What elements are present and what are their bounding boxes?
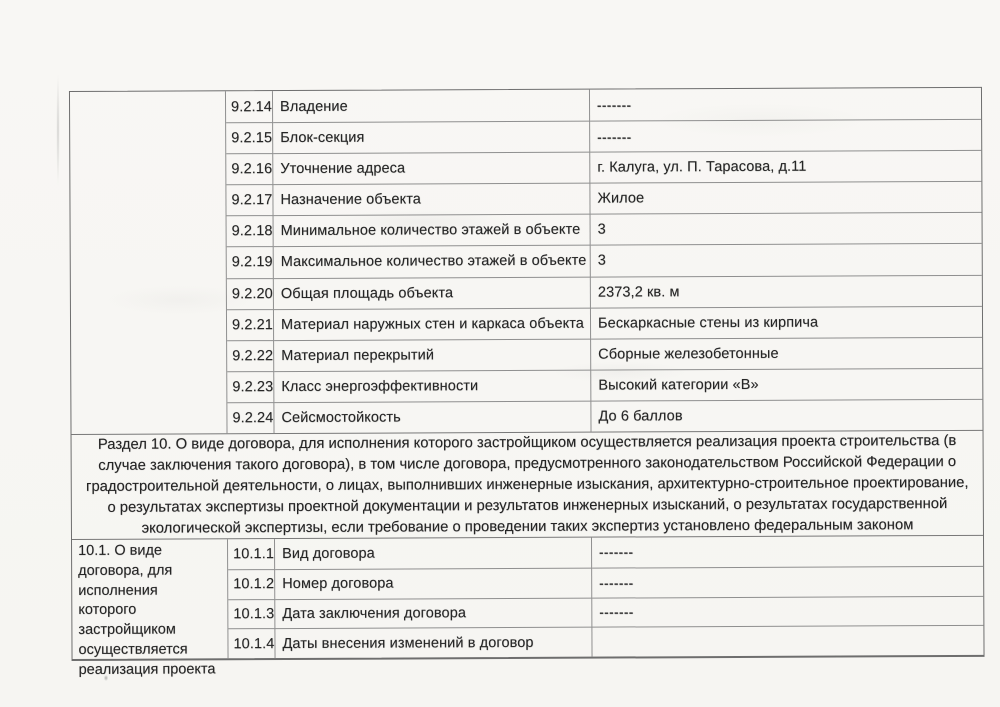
section-9-left-merged-cell (70, 91, 228, 434)
row-label: Материал перекрытий (274, 338, 591, 371)
row-number: 9.2.16 (226, 153, 273, 184)
row-label: Класс энергоэффективности (274, 369, 591, 402)
row-label: Материал наружных стен и каркаса объекта (274, 307, 591, 340)
row-value: Жилое (590, 181, 981, 214)
row-value: ------- (590, 119, 981, 152)
row-value: ------- (592, 536, 983, 568)
row-number: 9.2.17 (226, 184, 273, 215)
row-value: Сборные железобетонные (591, 337, 982, 370)
row-number: 9.2.22 (227, 340, 274, 371)
row-value: Бескаркасные стены из кирпича (591, 305, 982, 338)
row-label: Общая площадь объекта (274, 276, 591, 309)
row-value: 3 (591, 243, 982, 276)
row-value: До 6 баллов (591, 399, 982, 432)
row-number: 9.2.19 (227, 247, 274, 278)
row-number: 10.1.3 (228, 599, 275, 629)
row-number: 10.1.1 (228, 539, 275, 569)
row-value: ------- (592, 566, 983, 598)
row-number: 10.1.2 (228, 569, 275, 599)
section-10-1-block: 10.1. О виде договора, для исполнения ко… (72, 536, 984, 659)
row-label: Минимальное количество этажей в объекте (274, 214, 591, 247)
row-label: Блок-секция (273, 121, 590, 154)
row-value: Высокий категории «В» (591, 368, 982, 401)
section-10-header: Раздел 10. О виде договора, для исполнен… (72, 430, 983, 540)
row-value: 3 (591, 212, 982, 245)
section-9-2-block: 9.2.14 Владение ------- 9.2.15 Блок-секц… (70, 88, 983, 434)
declaration-table: 9.2.14 Владение ------- 9.2.15 Блок-секц… (69, 87, 985, 661)
row-number: 9.2.14 (226, 91, 273, 122)
row-number: 9.2.20 (227, 278, 274, 309)
row-number: 9.2.21 (227, 309, 274, 340)
document-page: 9.2.14 Владение ------- 9.2.15 Блок-секц… (0, 0, 1000, 707)
row-value: 2373,2 кв. м (591, 274, 982, 307)
row-label: Сейсмостойкость (274, 401, 591, 434)
row-label: Уточнение адреса (273, 152, 590, 185)
row-number: 9.2.15 (226, 122, 273, 153)
row-label: Даты внесения изменений в договор (275, 627, 592, 658)
row-label: Дата заключения договора (275, 597, 592, 628)
row-number: 10.1.4 (228, 628, 275, 658)
row-number: 9.2.23 (227, 371, 274, 402)
row-number: 9.2.24 (227, 402, 274, 433)
row-label: Владение (273, 90, 590, 123)
row-value: ------- (590, 88, 981, 121)
row-label: Максимальное количество этажей в объекте (274, 245, 591, 278)
row-label: Номер договора (275, 567, 592, 598)
row-number: 9.2.18 (227, 215, 274, 246)
section-10-1-left-merged-cell: 10.1. О виде договора, для исполнения ко… (72, 539, 229, 659)
row-value (592, 625, 983, 657)
row-label: Вид договора (275, 538, 592, 569)
row-value: ------- (592, 595, 983, 627)
row-label: Назначение объекта (273, 183, 590, 216)
row-value: г. Калуга, ул. П. Тарасова, д.11 (590, 150, 981, 183)
